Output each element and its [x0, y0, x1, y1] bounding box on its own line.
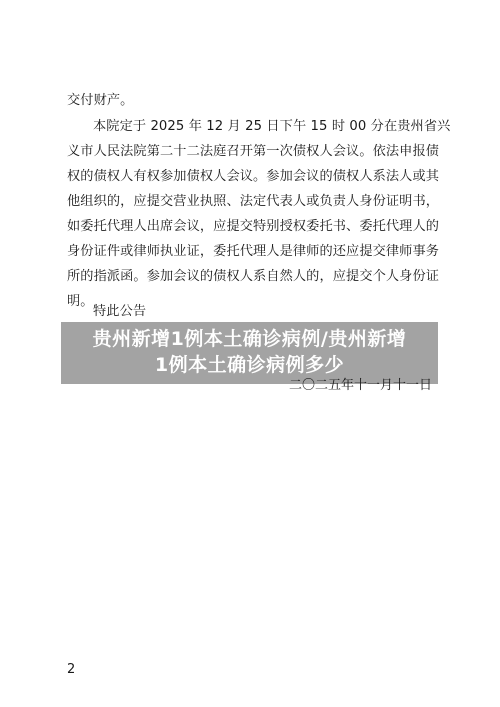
paragraph-line: 所的指派函。参加会议的债权人系自然人的，应提交个人身份证 — [67, 267, 439, 287]
page-number: 2 — [67, 662, 75, 677]
paragraph-line: 他组织的，应提交营业执照、法定代表人或负责人身份证明书， — [67, 192, 439, 212]
paragraph-line: 权的债权人有权参加债权人会议。参加会议的债权人系法人或其 — [67, 167, 439, 187]
title-overlay-banner: 贵州新增1例本土确诊病例/贵州新增 1例本土确诊病例多少 — [61, 322, 438, 384]
paragraph-line: 明。 — [67, 292, 94, 312]
document-page: 交付财产。 本院定于 2025 年 12 月 25 日下午 15 时 00 分在… — [0, 0, 500, 707]
paragraph-line: 本院定于 2025 年 12 月 25 日下午 15 时 00 分在贵州省兴 — [93, 117, 450, 137]
paragraph-line: 义市人民法院第二十二法庭召开第一次债权人会议。依法申报债 — [67, 142, 439, 162]
closing-line: 特此公告 — [93, 302, 146, 322]
paragraph-line: 身份证件或律师执业证，委托代理人是律师的还应提交律师事务 — [67, 242, 439, 262]
document-date: 二〇二五年十一月十一日 — [289, 377, 432, 395]
paragraph-line: 如委托代理人出席会议，应提交特别授权委托书、委托代理人的 — [67, 217, 439, 237]
paragraph-line: 交付财产。 — [67, 91, 133, 111]
overlay-title: 贵州新增1例本土确诊病例/贵州新增 1例本土确诊病例多少 — [61, 326, 438, 378]
overlay-title-line-1: 贵州新增1例本土确诊病例/贵州新增 — [61, 326, 438, 352]
overlay-title-line-2: 1例本土确诊病例多少 — [61, 352, 438, 378]
